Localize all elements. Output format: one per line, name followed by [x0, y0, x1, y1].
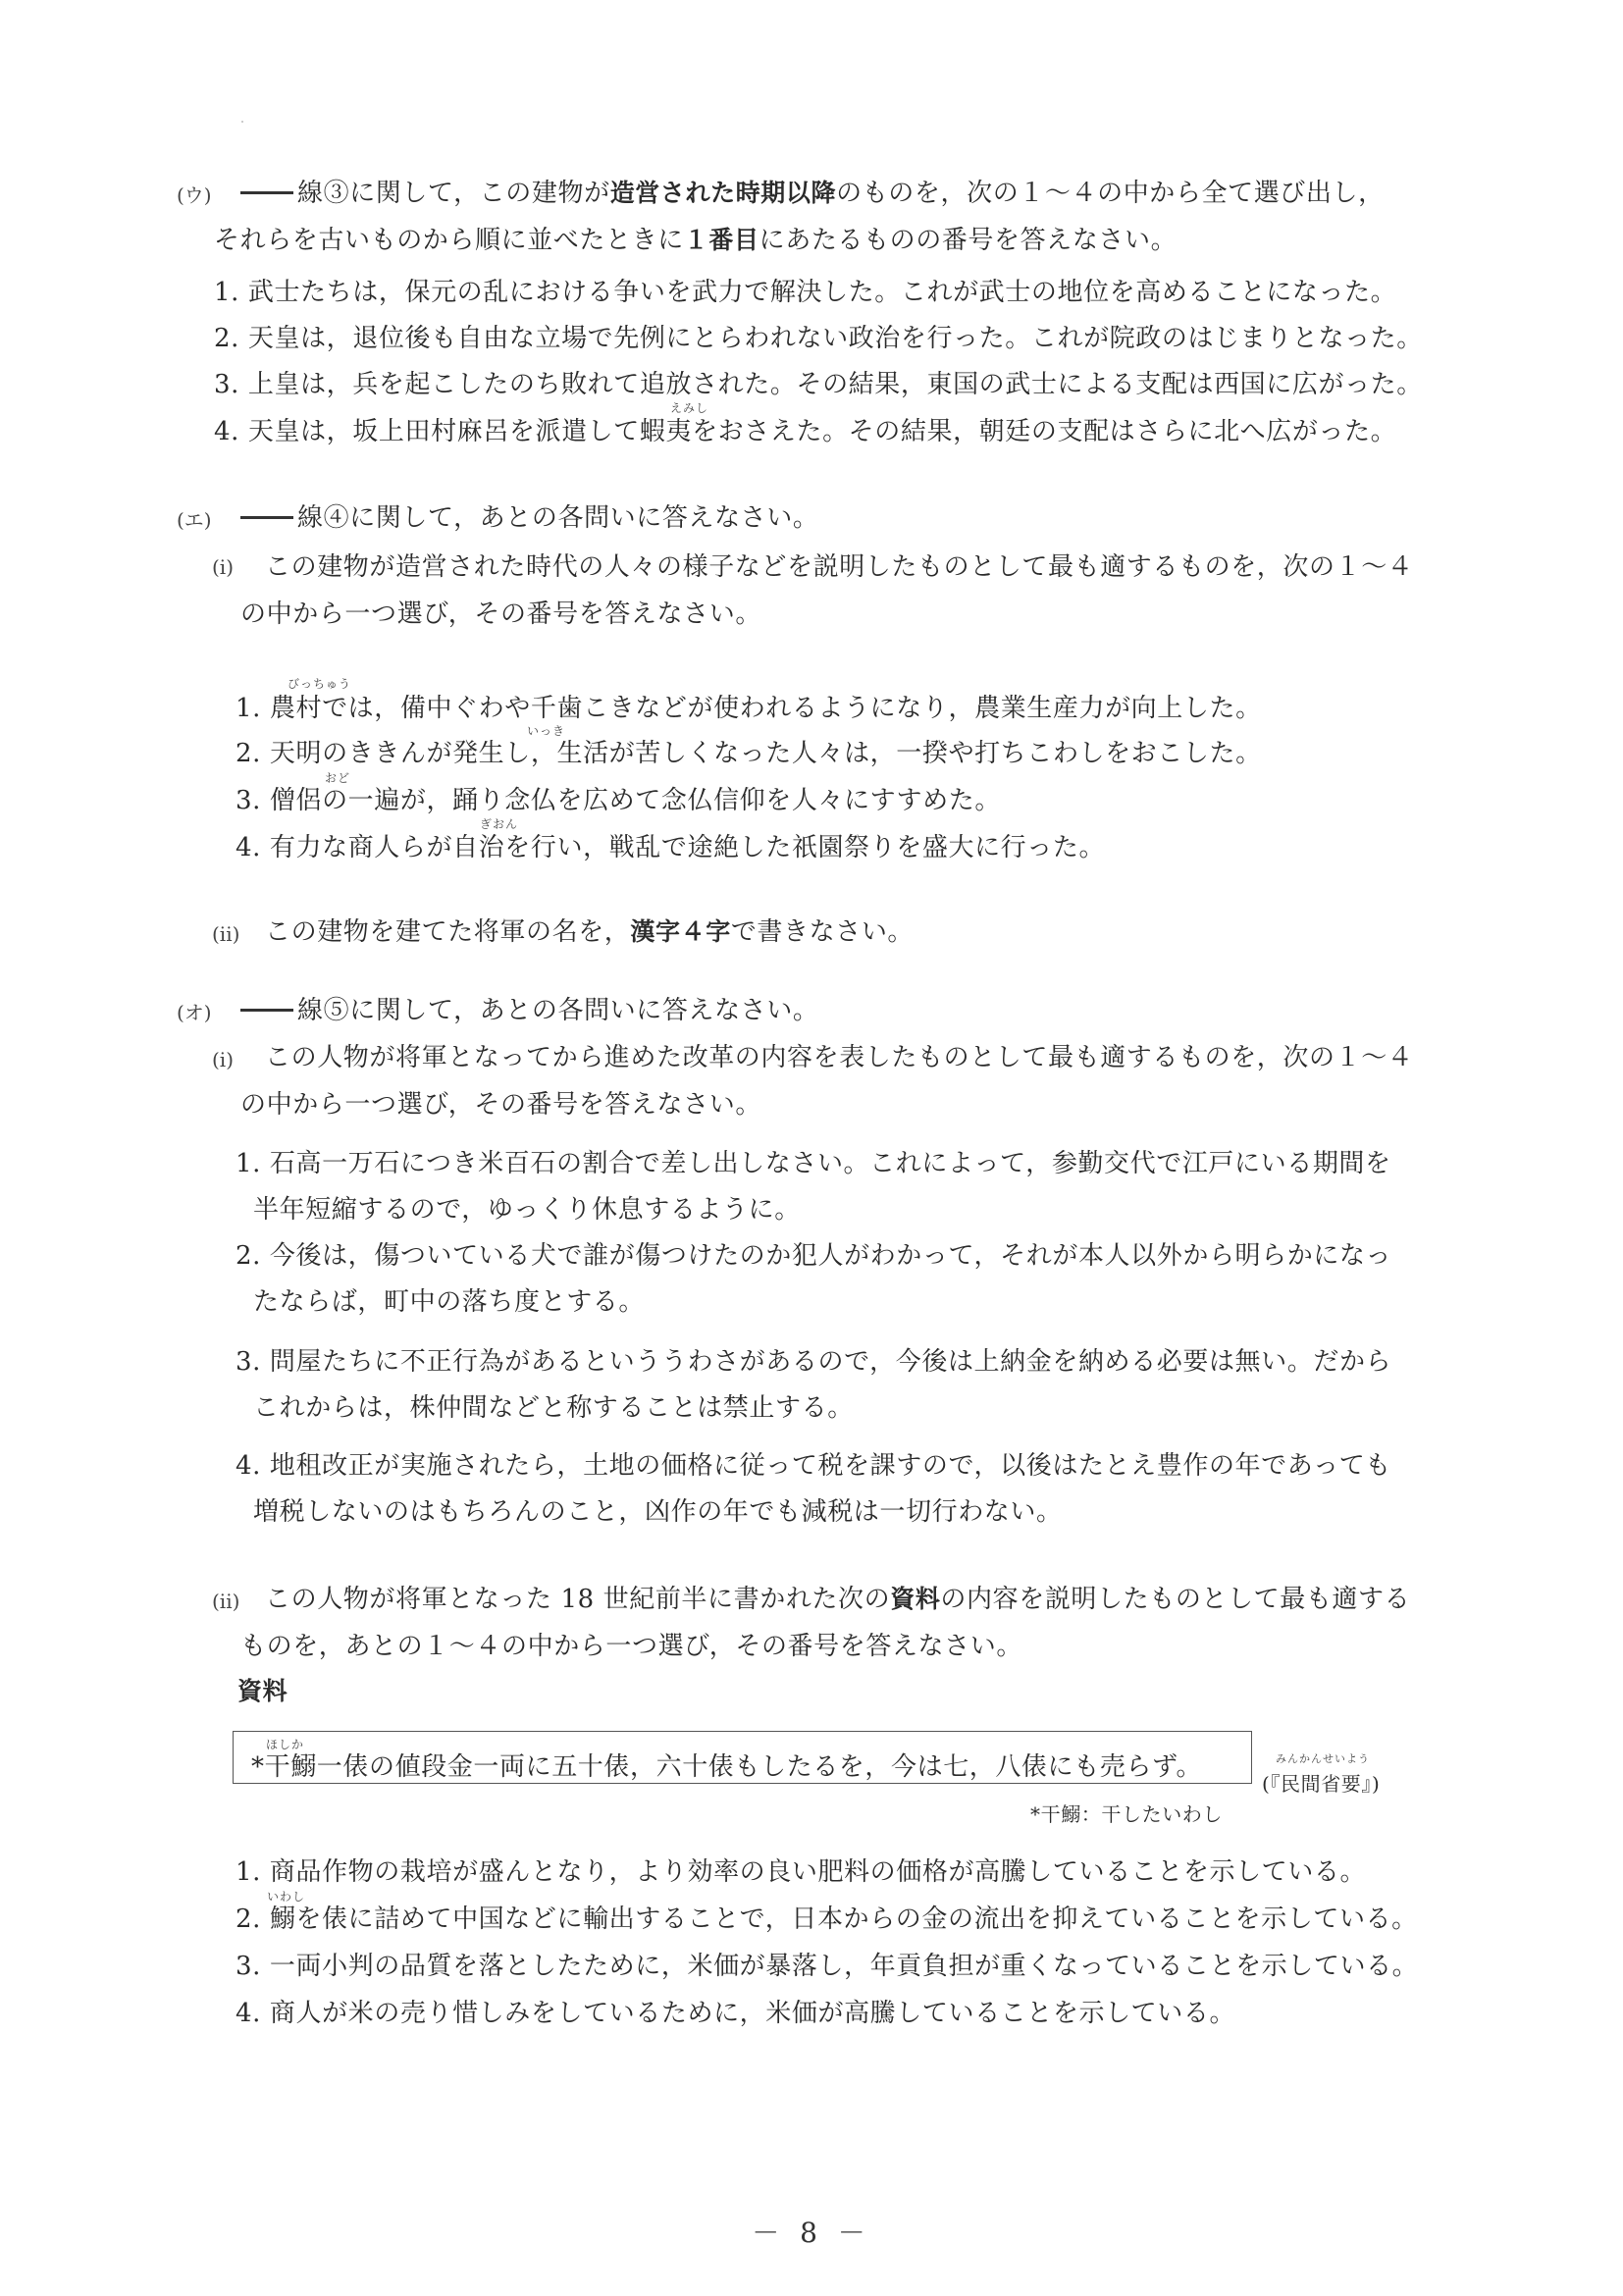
option-3: 3. 一両小判の品質を落としたために，米価が暴落し，年貢負担が重くなっていること…: [236, 1951, 1418, 1982]
subquestion-prompt: この建物が造営された時代の人々の様子などを説明したものとして最も適するものを，次…: [265, 551, 1413, 583]
option-4: 4. 地租改正が実施されたら，土地の価格に従って税を課すので，以後はたとえ豊作の…: [236, 1450, 1391, 1482]
question-label: (ウ): [177, 180, 212, 211]
ruby-annotation: ほしか: [266, 1738, 304, 1751]
option-4: 4. 有力な商人らが自治を行い，戦乱で途絶した祇園祭りを盛大に行った。: [236, 832, 1105, 863]
ruby-annotation: ぎおん: [480, 817, 518, 831]
subquestion-prompt-cont: の中から一つ選び，その番号を答えなさい。: [240, 599, 761, 630]
option-1: 1. 武士たちは，保元の乱における争いを武力で解決した。これが武士の地位を高める…: [214, 277, 1396, 308]
scan-speck: [241, 121, 243, 123]
subquestion-prompt: この人物が将軍となってから進めた改革の内容を表したものとして最も適するものを，次…: [265, 1042, 1413, 1073]
option-3: 3. 上皇は，兵を起こしたのち敗れて追放された。その結果，東国の武士による支配は…: [214, 369, 1423, 400]
subquestion-label: (ii): [212, 1586, 239, 1617]
option-1: 1. 石高一万石につき米百石の割合で差し出しなさい。これによって，参勤交代で江戸…: [236, 1148, 1391, 1179]
option-2-cont: たならば，町中の落ち度とする。: [253, 1286, 645, 1318]
option-2: 2. 天皇は，退位後も自由な立場で先例にとらわれない政治を行った。これが院政のは…: [214, 323, 1423, 354]
ruby-annotation: いっき: [527, 724, 565, 738]
subquestion-label: (ii): [212, 918, 239, 950]
ruby-annotation: いわし: [267, 1890, 305, 1904]
subquestion-prompt: この建物を建てた将軍の名を，漢字４字で書きなさい。: [265, 916, 914, 948]
option-4-cont: 増税しないのはもちろんのこと，凶作の年でも減税は一切行わない。: [253, 1496, 1063, 1528]
option-4: 4. 天皇は，坂上田村麻呂を派遣して蝦夷をおさえた。その結果，朝廷の支配はさらに…: [214, 416, 1396, 447]
emphasis: 漢字４字: [630, 917, 730, 946]
material-source: (『民間省要』): [1262, 1768, 1380, 1800]
subquestion-label: (i): [212, 551, 234, 583]
material-footnote: *干鰯：干したいわし: [1030, 1799, 1223, 1830]
ruby-annotation: えみし: [670, 401, 708, 415]
option-1: 1. 商品作物の栽培が盛んとなり，より効率の良い肥料の価格が高騰していることを示…: [236, 1856, 1366, 1888]
emphasis: 造営された時期以降: [610, 179, 836, 207]
question-prompt-cont: それらを古いものから順に並べたときに１番目にあたるものの番号を答えなさい。: [214, 225, 1177, 256]
option-1-cont: 半年短縮するので，ゆっくり休息するように。: [253, 1194, 801, 1226]
ruby-annotation: びっちゅう: [288, 677, 351, 691]
material-heading: 資料: [237, 1676, 288, 1707]
question-label: (エ): [177, 504, 212, 536]
underline-marker: [240, 191, 293, 194]
option-2: 2. 今後は，傷ついている犬で誰が傷つけたのか犯人がわかって，それが本人以外から…: [236, 1240, 1391, 1272]
page-number: － 8 －: [0, 2212, 1623, 2251]
question-prompt: 線③に関して，この建物が造営された時期以降のものを，次の１～４の中から全て選び出…: [240, 178, 1385, 209]
question-prompt: 線④に関して，あとの各問いに答えなさい。: [240, 502, 818, 534]
underline-marker: [240, 1009, 293, 1012]
subquestion-prompt-cont: の中から一つ選び，その番号を答えなさい。: [240, 1089, 761, 1121]
subquestion-prompt-cont: ものを，あとの１～４の中から一つ選び，その番号を答えなさい。: [240, 1631, 1022, 1662]
option-2: 2. 天明のききんが発生し，生活が苦しくなった人々は，一揆や打ちこわしをおこした…: [236, 738, 1262, 769]
option-3: 3. 僧侶の一遍が，踊り念仏を広めて念仏信仰を人々にすすめた。: [236, 785, 1001, 816]
option-3: 3. 問屋たちに不正行為があるといううわさがあるので，今後は上納金を納める必要は…: [236, 1346, 1391, 1378]
question-label: (オ): [177, 997, 212, 1028]
ruby-annotation: みんかんせいよう: [1276, 1752, 1370, 1766]
subquestion-label: (i): [212, 1044, 234, 1075]
option-4: 4. 商人が米の売り惜しみをしているために，米価が高騰していることを示している。: [236, 1998, 1235, 2029]
emphasis: １番目: [684, 226, 759, 254]
underline-marker: [240, 516, 293, 519]
option-1: 1. 農村では，備中ぐわや千歯こきなどが使われるようになり，農業生産力が向上した…: [236, 693, 1262, 724]
material-quote: *干鰯一俵の値段金一両に五十俵，六十俵もしたるを，今は七，八俵にも売らず。: [251, 1751, 1202, 1783]
ruby-annotation: おど: [325, 771, 350, 785]
option-3-cont: これからは，株仲間などと称することは禁止する。: [253, 1392, 854, 1424]
emphasis: 資料: [890, 1585, 940, 1613]
subquestion-prompt: この人物が将軍となった 18 世紀前半に書かれた次の資料の内容を説明したものとし…: [265, 1584, 1410, 1615]
question-prompt: 線⑤に関して，あとの各問いに答えなさい。: [240, 995, 818, 1026]
option-2: 2. 鰯を俵に詰めて中国などに輸出することで，日本からの金の流出を抑えていること…: [236, 1904, 1418, 1935]
